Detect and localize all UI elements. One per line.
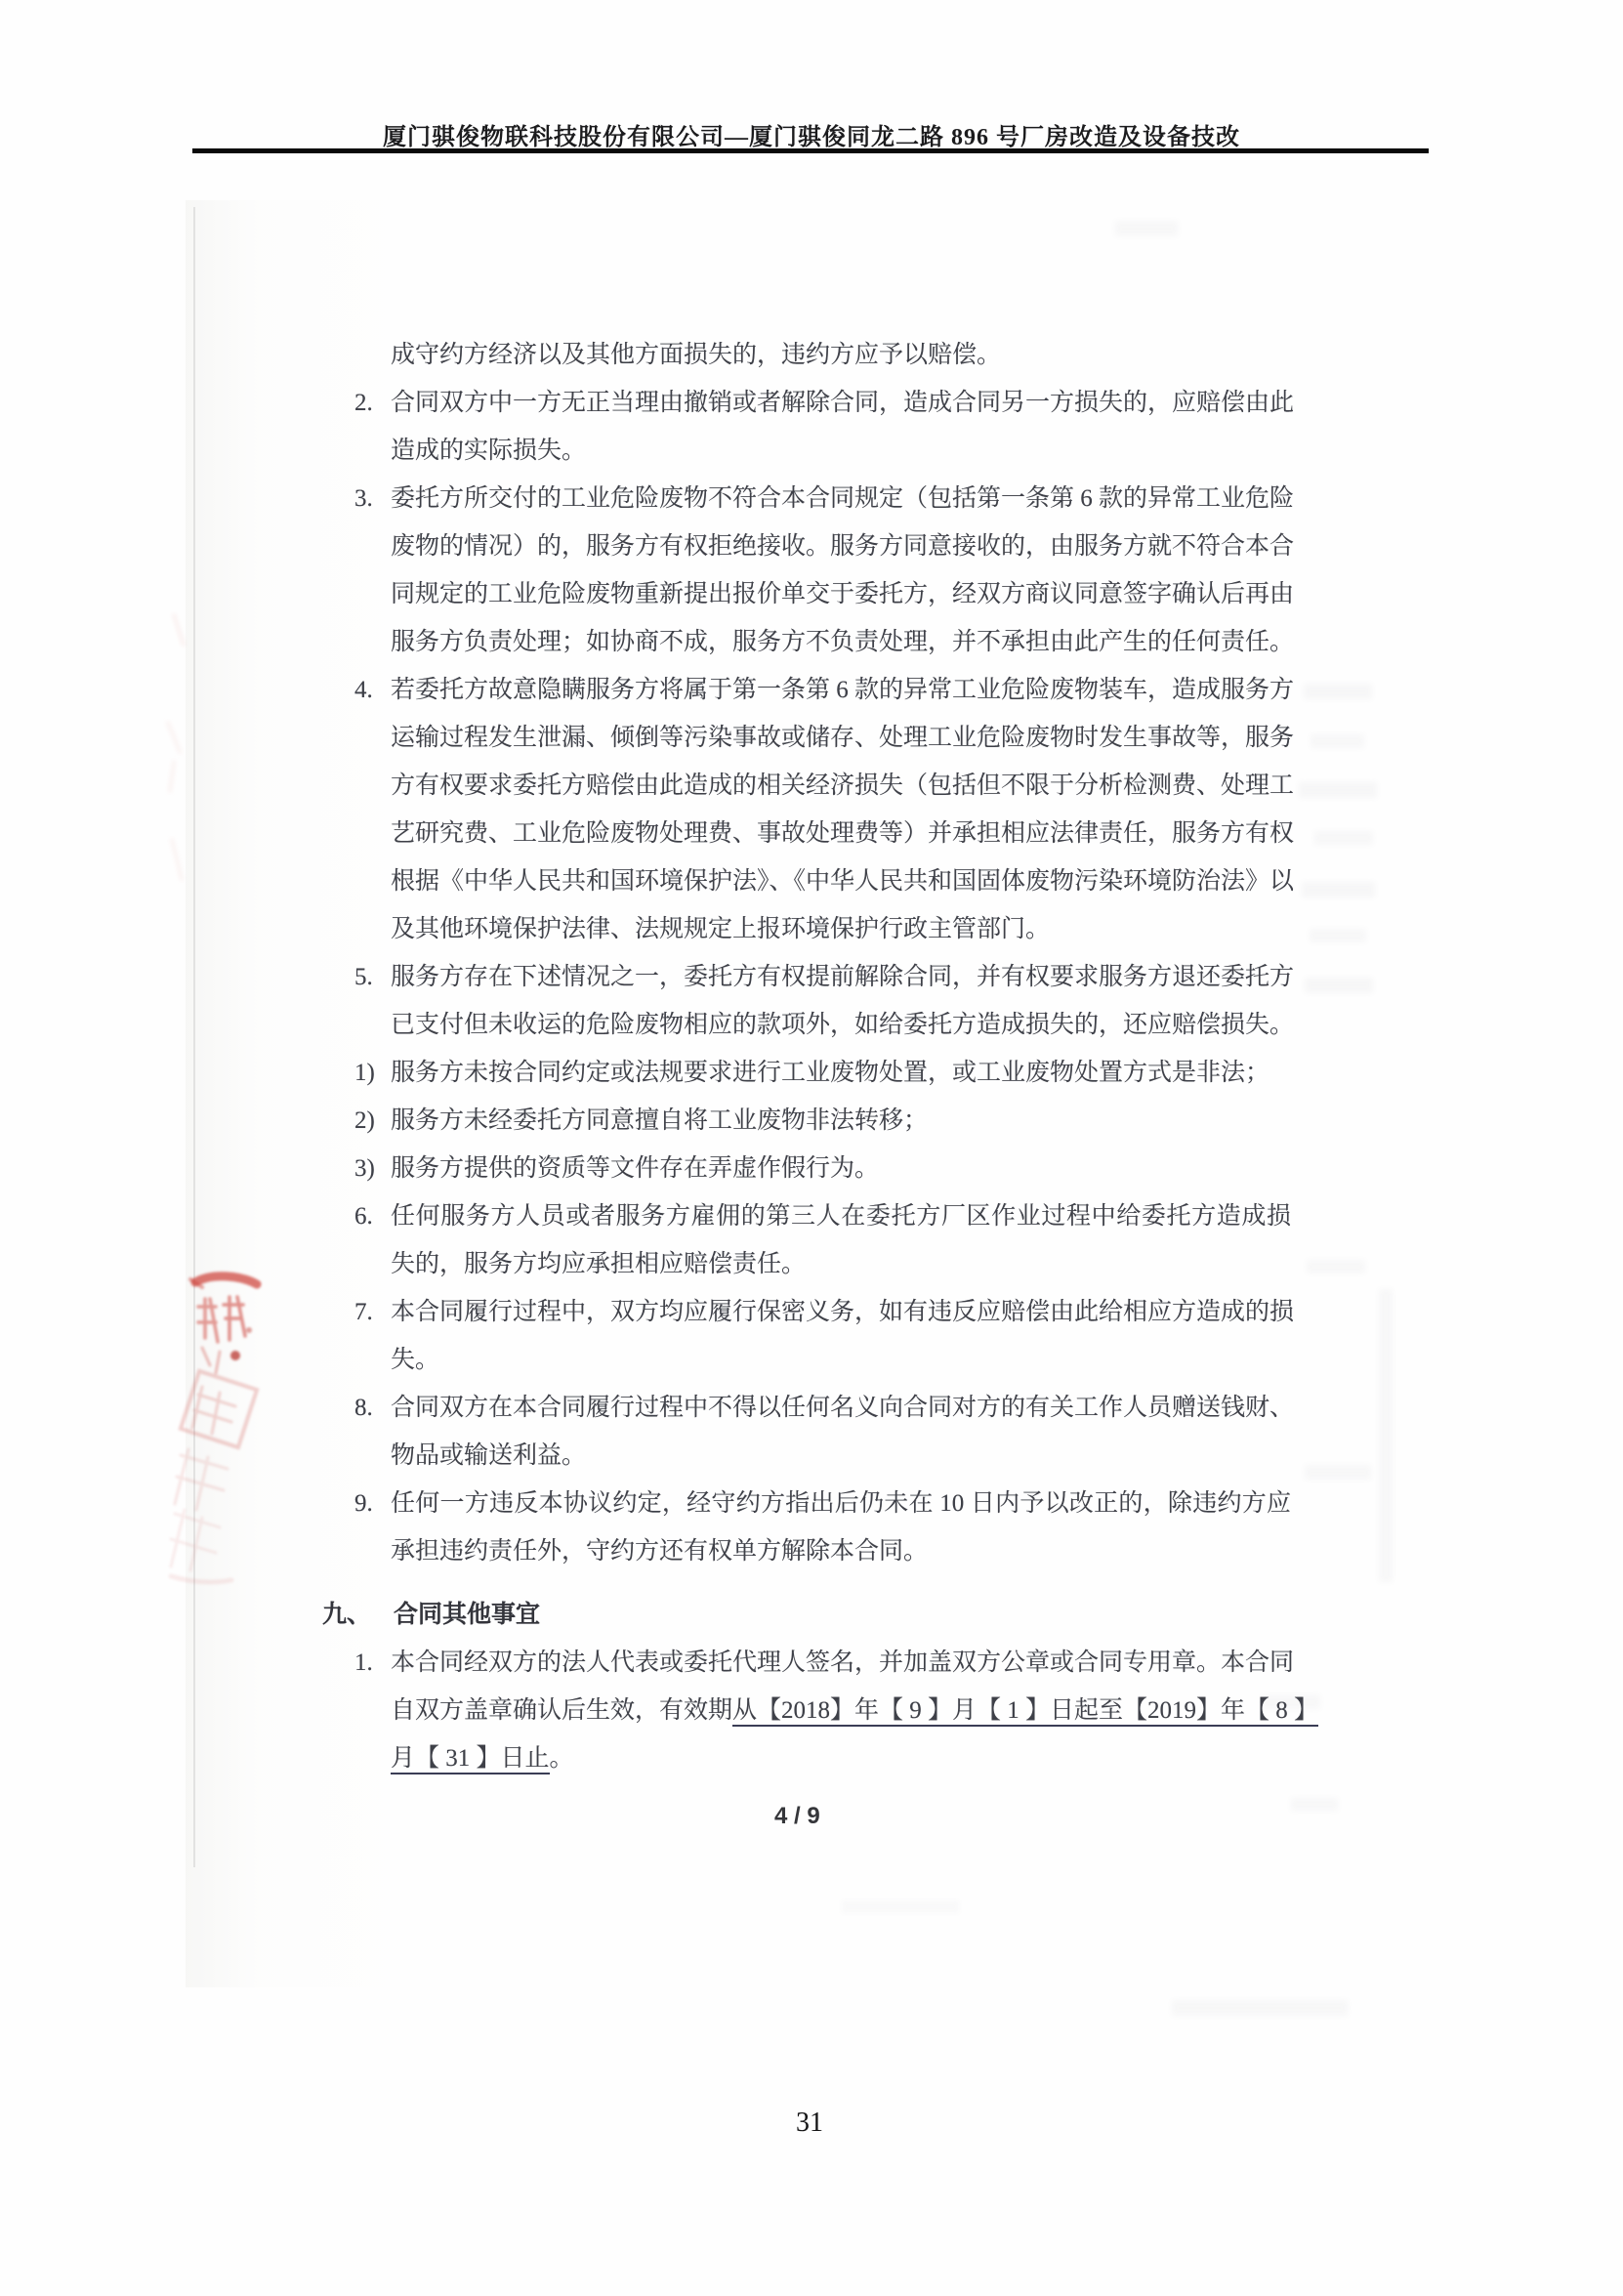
- list-marker: 3): [354, 1145, 391, 1192]
- line-text: 物品或输送利益。: [391, 1432, 1291, 1480]
- list-marker: [354, 331, 391, 379]
- text-line: 4.若委托方故意隐瞒服务方将属于第一条第 6 款的异常工业危险废物装车，造成服务…: [354, 666, 1291, 714]
- scanned-page: 厦门骐俊物联科技股份有限公司—厦门骐俊同龙二路 896 号厂房改造及设备技改: [0, 0, 1623, 2296]
- text-line: 造成的实际损失。: [354, 427, 1291, 475]
- list-marker: 2): [354, 1097, 391, 1145]
- text-line: 1.本合同经双方的法人代表或委托代理人签名，并加盖双方公章或合同专用章。本合同: [354, 1639, 1291, 1687]
- line-text: 同规定的工业危险废物重新提出报价单交于委托方，经双方商议同意签字确认后再由: [391, 570, 1291, 618]
- plain-text: 。: [550, 1745, 574, 1772]
- bleed-through-mark: [1291, 1798, 1338, 1811]
- list-marker: 3.: [354, 475, 391, 522]
- text-line: 运输过程发生泄漏、倾倒等污染事故或储存、处理工业危险废物时发生事故等，服务: [354, 714, 1291, 762]
- bleed-through-mark: [1307, 1260, 1365, 1273]
- line-text: 本合同经双方的法人代表或委托代理人签名，并加盖双方公章或合同专用章。本合同: [391, 1639, 1291, 1687]
- text-line: 自双方盖章确认后生效，有效期从【2018】年【 9 】月【 1 】日起至【201…: [354, 1687, 1291, 1734]
- text-line: 6.任何服务方人员或者服务方雇佣的第三人在委托方厂区作业过程中给委托方造成损: [354, 1192, 1291, 1240]
- text-line: 根据《中华人民共和国环境保护法》、《中华人民共和国固体废物污染环境防治法》以: [354, 857, 1291, 905]
- line-text: 艺研究费、工业危险废物处理费、事故处理费等）并承担相应法律责任，服务方有权: [391, 810, 1291, 857]
- list-marker: 8.: [354, 1384, 391, 1432]
- bleed-through-mark: [1304, 684, 1372, 699]
- text-line: 7.本合同履行过程中，双方均应履行保密义务，如有违反应赔偿由此给相应方造成的损: [354, 1288, 1291, 1336]
- red-stamp-upper: [151, 1258, 278, 1424]
- list-marker: 5.: [354, 953, 391, 1001]
- list-marker: [354, 810, 391, 857]
- line-text: 失的，服务方均应承担相应赔偿责任。: [391, 1240, 1291, 1288]
- page-indicator: 4 / 9: [774, 1803, 820, 1830]
- list-marker: [354, 570, 391, 618]
- text-line: 3)服务方提供的资质等文件存在弄虚作假行为。: [354, 1145, 1291, 1192]
- list-marker: [354, 1240, 391, 1288]
- text-line: 失的，服务方均应承担相应赔偿责任。: [354, 1240, 1291, 1288]
- line-text: 根据《中华人民共和国环境保护法》、《中华人民共和国固体废物污染环境防治法》以: [391, 857, 1291, 905]
- page-number: 31: [796, 2108, 823, 2139]
- bleed-through-mark: [1305, 1465, 1371, 1480]
- text-line: 及其他环境保护法律、法规规定上报环境保护行政主管部门。: [354, 905, 1291, 953]
- line-text: 服务方未经委托方同意擅自将工业废物非法转移；: [391, 1097, 1291, 1145]
- plain-text: 自双方盖章确认后生效，有效期: [391, 1697, 732, 1724]
- line-text: 运输过程发生泄漏、倾倒等污染事故或储存、处理工业危险废物时发生事故等，服务: [391, 714, 1291, 762]
- line-text: 承担违约责任外，守约方还有权单方解除本合同。: [391, 1527, 1291, 1575]
- line-text: 合同其他事宜: [394, 1591, 1291, 1639]
- text-line: 月【 31 】日止。: [354, 1734, 1291, 1782]
- bleed-through-mark: [1379, 1289, 1393, 1582]
- line-text: 合同双方中一方无正当理由撤销或者解除合同，造成合同另一方损失的，应赔偿由此: [391, 379, 1291, 427]
- header-title: 厦门骐俊物联科技股份有限公司—厦门骐俊同龙二路 896 号厂房改造及设备技改: [0, 117, 1623, 151]
- line-text: 方有权要求委托方赔偿由此造成的相关经济损失（包括但不限于分析检测费、处理工: [391, 762, 1291, 810]
- list-marker: [354, 857, 391, 905]
- line-text: 服务方提供的资质等文件存在弄虚作假行为。: [391, 1145, 1291, 1192]
- bleed-through-mark: [842, 1900, 959, 1913]
- text-line: 失。: [354, 1336, 1291, 1384]
- line-text: 委托方所交付的工业危险废物不符合本合同规定（包括第一条第 6 款的异常工业危险: [391, 475, 1291, 522]
- list-marker: 1): [354, 1049, 391, 1097]
- bleed-through-mark: [1305, 978, 1373, 993]
- list-marker: [354, 427, 391, 475]
- line-text: 服务方存在下述情况之一，委托方有权提前解除合同，并有权要求服务方退还委托方: [391, 953, 1291, 1001]
- list-marker: [354, 905, 391, 953]
- list-marker: [354, 714, 391, 762]
- list-marker: [354, 1734, 391, 1782]
- line-text: 失。: [391, 1336, 1291, 1384]
- line-text: 服务方未按合同约定或法规要求进行工业废物处置，或工业废物处置方式是非法；: [391, 1049, 1291, 1097]
- text-line: 废物的情况）的，服务方有权拒绝接收。服务方同意接收的，由服务方就不符合本合: [354, 522, 1291, 570]
- list-marker: 7.: [354, 1288, 391, 1336]
- list-marker: 九、: [322, 1591, 394, 1639]
- line-text: 若委托方故意隐瞒服务方将属于第一条第 6 款的异常工业危险废物装车，造成服务方: [391, 666, 1291, 714]
- bleed-through-mark: [1314, 831, 1373, 845]
- bleed-through-mark: [1311, 734, 1364, 748]
- text-line: 已支付但未收运的危险废物相应的款项外，如给委托方造成损失的，还应赔偿损失。: [354, 1001, 1291, 1049]
- text-line: 5.服务方存在下述情况之一，委托方有权提前解除合同，并有权要求服务方退还委托方: [354, 953, 1291, 1001]
- red-stamp-faint-trace: [154, 605, 213, 898]
- text-line: 物品或输送利益。: [354, 1432, 1291, 1480]
- line-text: 成守约方经济以及其他方面损失的，违约方应予以赔偿。: [391, 331, 1291, 379]
- list-marker: 6.: [354, 1192, 391, 1240]
- list-marker: 9.: [354, 1480, 391, 1527]
- bleed-through-mark: [1115, 221, 1178, 236]
- line-text: 月【 31 】日止。: [391, 1734, 1291, 1782]
- line-text: 及其他环境保护法律、法规规定上报环境保护行政主管部门。: [391, 905, 1291, 953]
- text-line: 1)服务方未按合同约定或法规要求进行工业废物处置，或工业废物处置方式是非法；: [354, 1049, 1291, 1097]
- list-marker: [354, 762, 391, 810]
- text-line: 9.任何一方违反本协议约定，经守约方指出后仍未在 10 日内予以改正的，除违约方…: [354, 1480, 1291, 1527]
- text-line: 艺研究费、工业危险废物处理费、事故处理费等）并承担相应法律责任，服务方有权: [354, 810, 1291, 857]
- list-marker: [354, 1336, 391, 1384]
- list-marker: [354, 618, 391, 666]
- list-marker: [354, 1687, 391, 1734]
- text-line: 8.合同双方在本合同履行过程中不得以任何名义向合同对方的有关工作人员赠送钱财、: [354, 1384, 1291, 1432]
- line-text: 废物的情况）的，服务方有权拒绝接收。服务方同意接收的，由服务方就不符合本合: [391, 522, 1291, 570]
- line-text: 已支付但未收运的危险废物相应的款项外，如给委托方造成损失的，还应赔偿损失。: [391, 1001, 1291, 1049]
- line-text: 本合同履行过程中，双方均应履行保密义务，如有违反应赔偿由此给相应方造成的损: [391, 1288, 1291, 1336]
- text-line: 服务方负责处理；如协商不成，服务方不负责处理，并不承担由此产生的任何责任。: [354, 618, 1291, 666]
- contract-body: 成守约方经济以及其他方面损失的，违约方应予以赔偿。2.合同双方中一方无正当理由撤…: [354, 331, 1291, 1782]
- line-text: 任何服务方人员或者服务方雇佣的第三人在委托方厂区作业过程中给委托方造成损: [391, 1192, 1291, 1240]
- bleed-through-mark: [1172, 2000, 1348, 2016]
- list-marker: 1.: [354, 1639, 391, 1687]
- list-marker: 4.: [354, 666, 391, 714]
- line-text: 自双方盖章确认后生效，有效期从【2018】年【 9 】月【 1 】日起至【201…: [391, 1687, 1291, 1734]
- bleed-through-mark: [1299, 782, 1377, 798]
- underlined-text: 从【2018】年【 9 】月【 1 】日起至【2019】年【 8 】: [732, 1697, 1318, 1727]
- red-stamp-lower: [142, 1367, 278, 1602]
- header-rule: [192, 148, 1429, 153]
- text-line: 2)服务方未经委托方同意擅自将工业废物非法转移；: [354, 1097, 1291, 1145]
- line-text: 服务方负责处理；如协商不成，服务方不负责处理，并不承担由此产生的任何责任。: [391, 618, 1291, 666]
- list-marker: [354, 1432, 391, 1480]
- bleed-through-mark: [1302, 882, 1375, 898]
- text-line: 同规定的工业危险废物重新提出报价单交于委托方，经双方商议同意签字确认后再由: [354, 570, 1291, 618]
- line-text: 合同双方在本合同履行过程中不得以任何名义向合同对方的有关工作人员赠送钱财、: [391, 1384, 1291, 1432]
- list-marker: [354, 522, 391, 570]
- line-text: 造成的实际损失。: [391, 427, 1291, 475]
- list-marker: [354, 1001, 391, 1049]
- list-marker: [354, 1527, 391, 1575]
- text-line: 2.合同双方中一方无正当理由撤销或者解除合同，造成合同另一方损失的，应赔偿由此: [354, 379, 1291, 427]
- underlined-text: 月【 31 】日止: [391, 1745, 550, 1774]
- text-line: 承担违约责任外，守约方还有权单方解除本合同。: [354, 1527, 1291, 1575]
- text-line: 3.委托方所交付的工业危险废物不符合本合同规定（包括第一条第 6 款的异常工业危…: [354, 475, 1291, 522]
- scan-edge-line: [193, 207, 195, 1867]
- section-heading: 九、合同其他事宜: [322, 1591, 1291, 1639]
- text-line: 成守约方经济以及其他方面损失的，违约方应予以赔偿。: [354, 331, 1291, 379]
- line-text: 任何一方违反本协议约定，经守约方指出后仍未在 10 日内予以改正的，除违约方应: [391, 1480, 1291, 1527]
- text-line: 方有权要求委托方赔偿由此造成的相关经济损失（包括但不限于分析检测费、处理工: [354, 762, 1291, 810]
- bleed-through-mark: [1310, 929, 1366, 942]
- list-marker: 2.: [354, 379, 391, 427]
